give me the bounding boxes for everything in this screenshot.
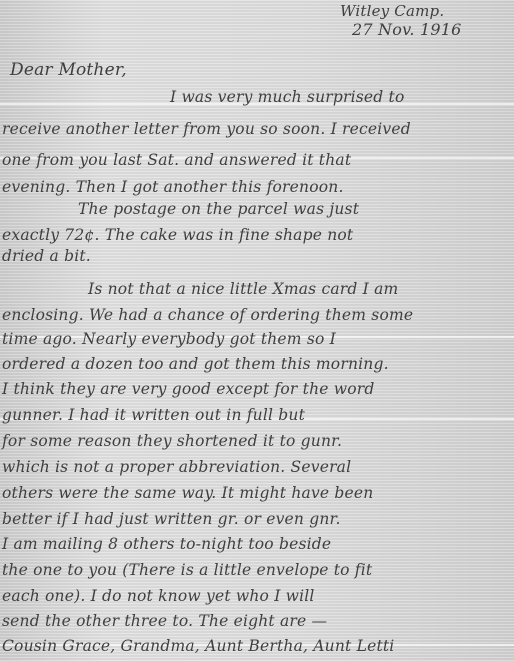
letter-line: dried a bit. bbox=[2, 247, 91, 265]
letter-line: which is not a proper abbreviation. Seve… bbox=[2, 458, 351, 476]
letter-line: one from you last Sat. and answered it t… bbox=[2, 151, 351, 169]
letter-line: exactly 72¢. The cake was in fine shape … bbox=[2, 226, 353, 244]
letter-line: ordered a dozen too and got them this mo… bbox=[2, 355, 389, 373]
letter-line: each one). I do not know yet who I will bbox=[2, 587, 315, 605]
letter-line: for some reason they shortened it to gun… bbox=[2, 432, 342, 450]
letter-line: gunner. I had it written out in full but bbox=[2, 406, 305, 424]
letter-line: I was very much surprised to bbox=[170, 88, 405, 106]
letter-line: the one to you (There is a little envelo… bbox=[2, 561, 372, 579]
letter-line: evening. Then I got another this forenoo… bbox=[2, 178, 344, 196]
letter-line: better if I had just written gr. or even… bbox=[2, 510, 341, 528]
letter-date: 27 Nov. 1916 bbox=[352, 20, 462, 39]
letter-line: I am mailing 8 others to-night too besid… bbox=[2, 535, 331, 553]
letter-line: enclosing. We had a chance of ordering t… bbox=[2, 306, 413, 324]
letter-line: others were the same way. It might have … bbox=[2, 484, 373, 502]
letter-line: receive another letter from you so soon.… bbox=[2, 120, 411, 138]
letter-salutation: Dear Mother, bbox=[10, 60, 127, 80]
letter-line: send the other three to. The eight are — bbox=[2, 612, 327, 630]
letter-line: time ago. Nearly everybody got them so I bbox=[2, 330, 336, 348]
letter-line: Is not that a nice little Xmas card I am bbox=[88, 280, 398, 298]
letter-line: Cousin Grace, Grandma, Aunt Bertha, Aunt… bbox=[2, 637, 394, 655]
letter-line: I think they are very good except for th… bbox=[2, 380, 375, 398]
letter-place: Witley Camp. bbox=[340, 2, 444, 20]
letter-line: The postage on the parcel was just bbox=[78, 200, 359, 218]
letter-page: Witley Camp. 27 Nov. 1916 Dear Mother, I… bbox=[0, 0, 514, 661]
